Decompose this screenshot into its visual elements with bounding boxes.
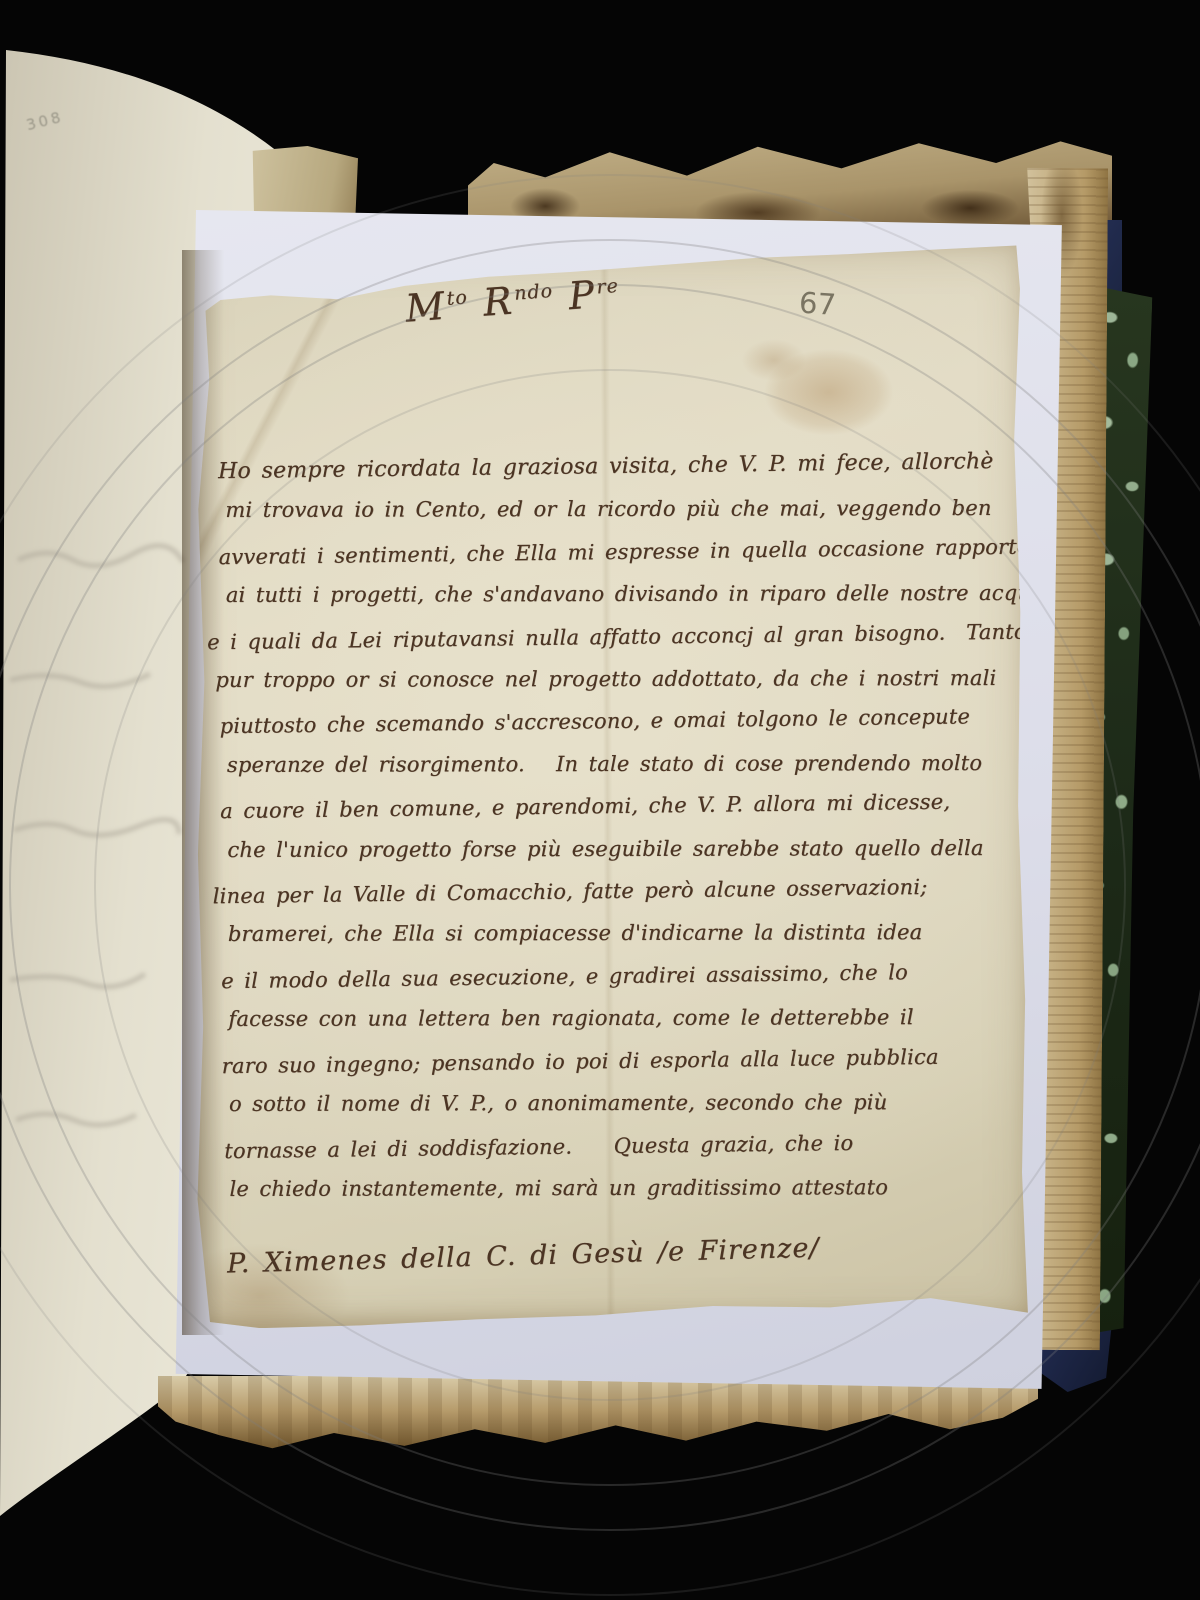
body-line: e i quali da Lei riputavansi nulla affat…	[207, 610, 1019, 663]
body-line: ai tutti i progetti, che s'andavano divi…	[226, 572, 1019, 616]
body-line: Ho sempre ricordata la graziosa visita, …	[218, 441, 1018, 494]
body-line: mi trovava io in Cento, ed or la ricordo…	[225, 487, 1018, 531]
body-line: bramerei, che Ella si compiacesse d'indi…	[228, 911, 1021, 955]
body-line: avverati i sentimenti, che Ella mi espre…	[218, 526, 1018, 579]
body-line: raro suo ingegno; pensando io poi di esp…	[221, 1034, 1021, 1087]
body-line: linea per la Valle di Comacchio, fatte p…	[212, 865, 1020, 918]
gutter-shadow	[182, 250, 224, 1335]
body-line: che l'unico progetto forse più eseguibil…	[227, 827, 1020, 871]
body-line: tornasse a lei di soddisfazione. Questa …	[224, 1119, 1022, 1172]
body-line: le chiedo instantemente, mi sarà un grad…	[229, 1166, 1022, 1210]
body-line: a cuore il ben comune, e parendomi, che …	[220, 780, 1020, 833]
pencil-folio-number: 67	[798, 286, 837, 322]
body-line: facesse con una lettera ben ragionata, c…	[228, 996, 1021, 1040]
body-line: speranze del risorgimento. In tale stato…	[227, 742, 1020, 786]
body-line: o sotto il nome di V. P., o anonimamente…	[229, 1081, 1022, 1125]
manuscript-photo: 308 ɕ Mto Rndo Pre 67 Ho sempre ricordat…	[0, 0, 1200, 1600]
body-line: piuttosto che scemando s'accrescono, e o…	[219, 695, 1019, 748]
letter-page: Mto Rndo Pre 67 Ho sempre ricordata la g…	[187, 245, 1032, 1328]
letter-body: Ho sempre ricordata la graziosa visita, …	[218, 443, 1023, 1211]
body-line: e il modo della sua esecuzione, e gradir…	[221, 950, 1021, 1003]
signature-line: P. Ximenes della C. di Gesù /e Firenze/	[227, 1233, 820, 1280]
body-line: pur troppo or si conosce nel progetto ad…	[215, 657, 1019, 702]
